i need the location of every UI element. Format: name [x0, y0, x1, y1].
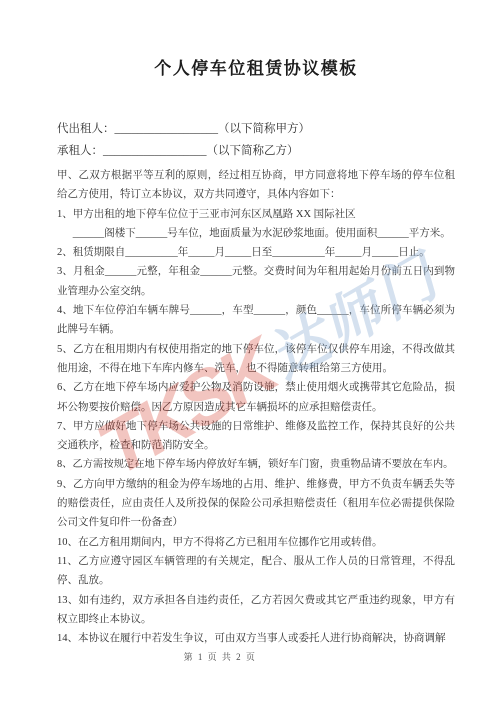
clause-paragraph-6: 6、乙方在地下停车场内应爱护公物及消防设施，禁止使用烟火或携带其它危险品，损坏公…	[57, 378, 455, 417]
clause-paragraph-14: 14、本协议在履行中若发生争议，可由双方当事人或委托人进行协商解决，协商调解	[57, 629, 455, 648]
clause-paragraph-4: 4、地下车位停泊车辆车牌号______，车型______，颜色______，车位…	[57, 301, 455, 340]
clause-paragraph-3: 3、月租金______元整，年租金______元整。交费时间为年租用起始月份前五…	[57, 262, 455, 301]
clause-paragraph-2: 2、租赁期限自__________年_____月_____日至_________…	[57, 243, 455, 262]
clause-paragraph-8: 8、乙方需按规定在地下停车场内停放好车辆，锁好车门窗，贵重物品请不要放在车内。	[57, 455, 455, 474]
fill-in-blank-lessee: __________________	[103, 145, 207, 157]
contract-page: 个人停车位租赁协议模板 代出租人：__________________（以下简称…	[0, 0, 500, 706]
page-title: 个人停车位租赁协议模板	[57, 56, 455, 82]
party-row-lessor: 代出租人：__________________（以下简称甲方）	[57, 118, 455, 140]
party-suffix-lessee: （以下简称乙方）	[207, 145, 299, 157]
fill-in-blank-lessor: __________________	[115, 123, 219, 135]
preamble-paragraph: 甲、乙双方根据平等互利的原则，经过相互协商，甲方同意将地下停车场的停车位租给乙方…	[57, 166, 455, 205]
party-suffix-lessor: （以下简称甲方）	[218, 123, 310, 135]
party-row-lessee: 承租人：__________________（以下简称乙方）	[57, 140, 455, 162]
clause-paragraph-9: 9、乙方向甲方缴纳的租金为停车场地的占用、维护、维修费，甲方不负责车辆丢失等的赔…	[57, 475, 455, 533]
parties-block: 代出租人：__________________（以下简称甲方） 承租人：____…	[57, 118, 455, 162]
clause-paragraph-13: 13、如有违约，双方承担各自违约责任，乙方若因欠费或其它严重违约现象，甲方有权立…	[57, 591, 455, 630]
clause-paragraph-11: 11、乙方应遵守园区车辆管理的有关规定，配合、服从工作人员的日常管理，不得乱停、…	[57, 552, 455, 591]
clause-paragraph-7: 7、甲方应做好地下停车场公共设施的日常维护、维修及监控工作，保持其良好的公共交通…	[57, 417, 455, 456]
clause-paragraph-1: 1、甲方出租的地下停车位位于三亚市河东区凤凰路 XX 国际社区 ______阁楼…	[57, 205, 455, 244]
clause-paragraph-10: 10、在乙方租用期间内，甲方不得将乙方已租用车位挪作它用或转借。	[57, 533, 455, 552]
clause-paragraph-5: 5、乙方在租用期内有权使用指定的地下停车位，该停车位仅供停车用途，不得改做其他用…	[57, 340, 455, 379]
party-label-lessor: 代出租人：	[57, 123, 115, 135]
page-number-footer: 第 1 页 共 2 页	[0, 650, 470, 663]
party-label-lessee: 承租人：	[57, 145, 103, 157]
contract-body: 甲、乙双方根据平等互利的原则，经过相互协商，甲方同意将地下停车场的停车位租给乙方…	[57, 166, 455, 648]
